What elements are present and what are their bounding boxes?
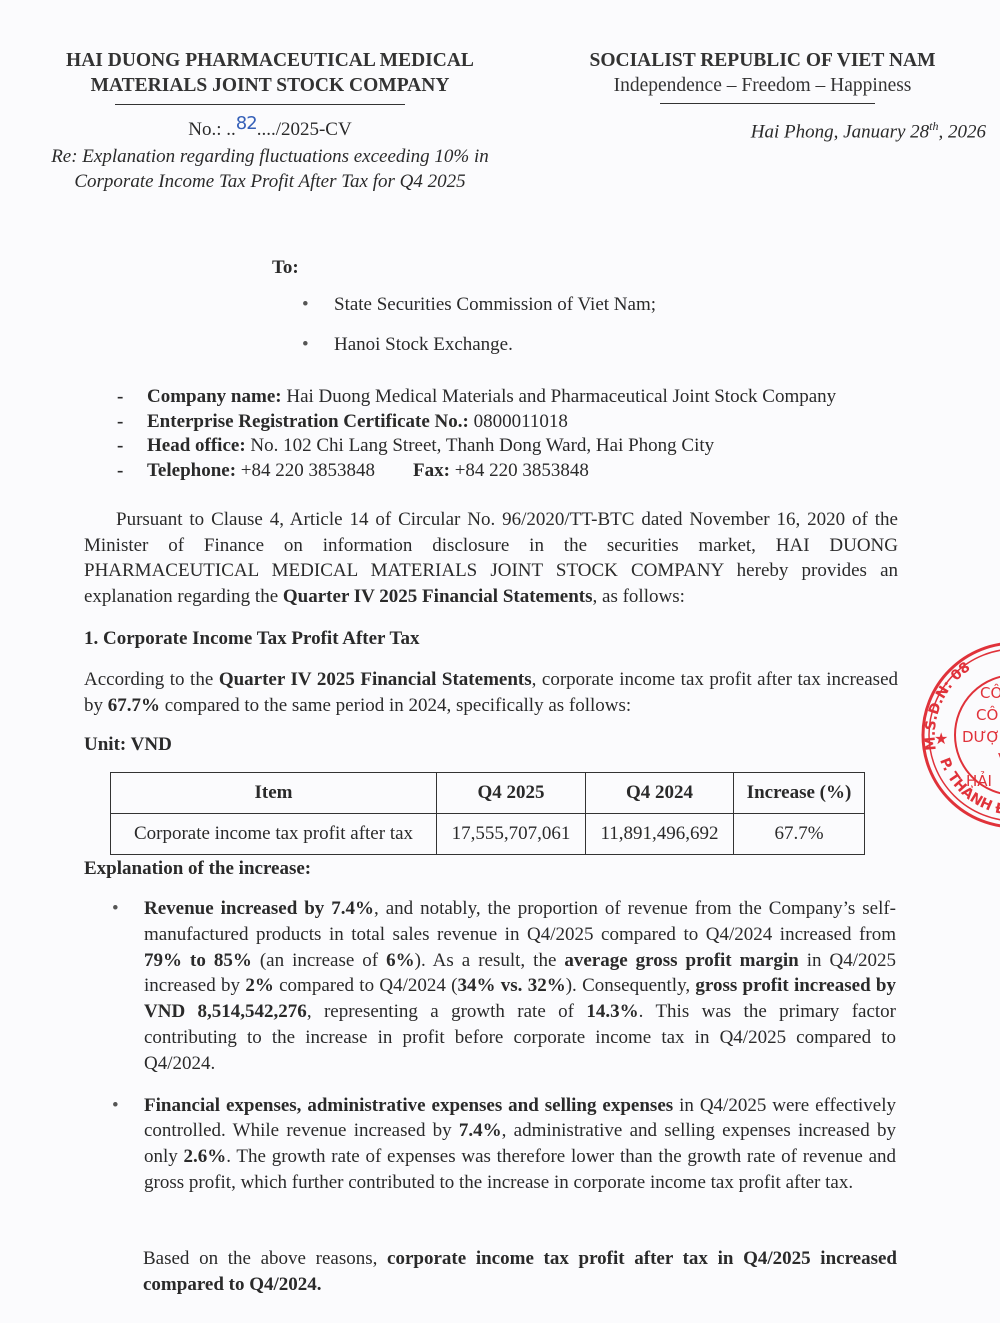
explanation-title: Explanation of the increase: [84, 858, 311, 880]
company-name-line2: MATERIALS JOINT STOCK COMPANY [30, 73, 510, 98]
table-row: Corporate income tax profit after tax 17… [111, 814, 865, 855]
section-paragraph: According to the Quarter IV 2025 Financi… [84, 667, 898, 718]
table-cell: 67.7% [734, 814, 865, 855]
company-name-row: Company name: Hai Duong Medical Material… [115, 385, 836, 410]
recipient-item: Hanoi Stock Exchange. [300, 334, 656, 374]
table-cell: 17,555,707,061 [437, 814, 586, 855]
col-header: Item [111, 773, 437, 814]
registration-row: Enterprise Registration Certificate No.:… [115, 410, 836, 435]
document-subject: Re: Explanation regarding fluctuations e… [30, 144, 510, 194]
star-icon: ★ [934, 729, 948, 748]
section-title: 1. Corporate Income Tax Profit After Tax [84, 628, 419, 650]
country-name: SOCIALIST REPUBLIC OF VIET NAM [550, 48, 975, 73]
company-name-line1: HAI DUONG PHARMACEUTICAL MEDICAL [30, 48, 510, 73]
handwritten-number: 82 [236, 113, 257, 134]
col-header: Increase (%) [734, 773, 865, 814]
national-header-divider [660, 103, 875, 104]
conclusion-paragraph: Based on the above reasons, corporate in… [143, 1246, 897, 1298]
svg-text:CÔ: CÔ [980, 683, 1000, 702]
col-header: Q4 2024 [586, 773, 734, 814]
table-cell: Corporate income tax profit after tax [111, 814, 437, 855]
to-label: To: [272, 257, 299, 279]
explanation-list: Revenue increased by 7.4%, and notably, … [112, 896, 896, 1212]
place-date: Hai Phong, January 28th, 2026 [751, 119, 986, 143]
intro-paragraph: Pursuant to Clause 4, Article 14 of Circ… [84, 507, 898, 609]
svg-text:DƯỢ: DƯỢ [962, 728, 1000, 746]
col-header: Q4 2025 [437, 773, 586, 814]
company-info: Company name: Hai Duong Medical Material… [115, 385, 836, 483]
svg-text:CÔ: CÔ [976, 705, 998, 724]
company-header-divider [115, 104, 405, 105]
company-seal-stamp: M.S.D.N: 08 P. THÀNH ĐÔN ★ CÔ CÔ DƯỢ V H… [920, 640, 1000, 830]
document-number: No.: ..82..../2025-CV [60, 119, 480, 141]
svg-text:HẢI: HẢI [966, 770, 992, 790]
national-motto: Independence – Freedom – Happiness [550, 73, 975, 98]
unit-label: Unit: VND [84, 734, 172, 756]
table-cell: 11,891,496,692 [586, 814, 734, 855]
contact-row: Telephone: +84 220 3853848Fax: +84 220 3… [115, 459, 836, 484]
head-office-row: Head office: No. 102 Chi Lang Street, Th… [115, 434, 836, 459]
explanation-item: Revenue increased by 7.4%, and notably, … [112, 896, 896, 1077]
recipient-list: State Securities Commission of Viet Nam;… [300, 294, 656, 374]
company-header: HAI DUONG PHARMACEUTICAL MEDICAL MATERIA… [30, 48, 510, 98]
explanation-item: Financial expenses, administrative expen… [112, 1093, 896, 1196]
national-header: SOCIALIST REPUBLIC OF VIET NAM Independe… [550, 48, 975, 98]
table-header-row: Item Q4 2025 Q4 2024 Increase (%) [111, 773, 865, 814]
recipient-item: State Securities Commission of Viet Nam; [300, 294, 656, 334]
profit-table: Item Q4 2025 Q4 2024 Increase (%) Corpor… [110, 772, 865, 855]
